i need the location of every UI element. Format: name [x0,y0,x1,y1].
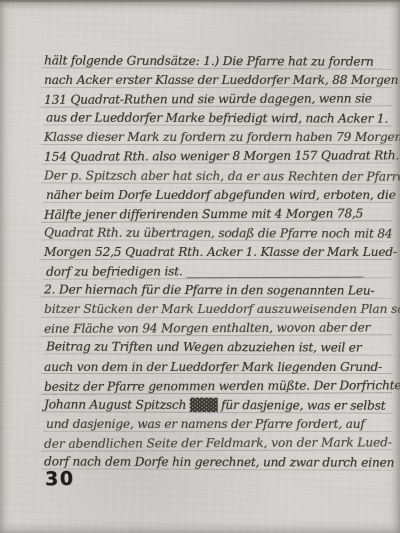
handwritten-line: Der p. Spitzsch aber hat sich, da er aus… [44,166,394,186]
handwritten-line: auch von dem in der Lueddorfer Mark lieg… [44,358,394,377]
handwritten-line: aus der Lueddorfer Marke befriedigt wird… [46,109,394,129]
page-top-edge-shadow [0,0,400,2]
handwritten-text-block: hält folgende Grundsätze: 1.) Die Pfarre… [44,52,394,472]
handwritten-line: Hälfte jener differirenden Summe mit 4 M… [44,204,394,225]
handwritten-line: bitzer Stücken der Mark Lueddorf auszuwe… [44,300,394,319]
handwritten-line: Quadrat Rth. zu übertragen, sodaß die Pf… [44,223,394,243]
handwritten-line: der abendlichen Seite der Feldmark, von … [44,433,394,454]
handwritten-line: 131 Quadrat-Ruthen und sie würde dagegen… [44,89,394,110]
handwritten-line: Morgen 52,5 Quadrat Rth. Acker 1. Klasse… [44,243,394,262]
handwritten-line: 154 Quadrat Rth. also weniger 8 Morgen 1… [44,147,394,168]
handwritten-line: Beitrag zu Triften und Wegen abzuziehen … [46,338,394,358]
handwritten-line: näher beim Dorfe Lueddorf abgefunden wir… [46,186,394,205]
handwritten-line: Johann August Spitzsch ▓▓▓ für dasjenige… [44,395,394,415]
handwritten-line: Klasse dieser Mark zu fordern zu fordern… [44,128,394,147]
manuscript-page: hält folgende Grundsätze: 1.) Die Pfarre… [0,0,400,533]
handwritten-line: nach Acker erster Klasse der Lueddorfer … [44,71,394,90]
handwritten-line: und dasjenige, was er namens der Pfarre … [46,415,394,434]
handwritten-line: 2. Der hiernach für die Pfarre in den so… [44,281,394,301]
handwritten-line: eine Fläche von 94 Morgen enthalten, wov… [44,319,394,340]
handwritten-line: hält folgende Grundsätze: 1.) Die Pfarre… [44,51,394,71]
handwritten-line: dorf zu befriedigen ist. _______________… [46,261,394,282]
page-number: 30 [45,468,75,491]
handwritten-line: besitz der Pfarre genommen werden müßte.… [44,376,394,397]
handwritten-line: dorf nach dem Dorfe hin gerechnet, und z… [44,452,394,472]
